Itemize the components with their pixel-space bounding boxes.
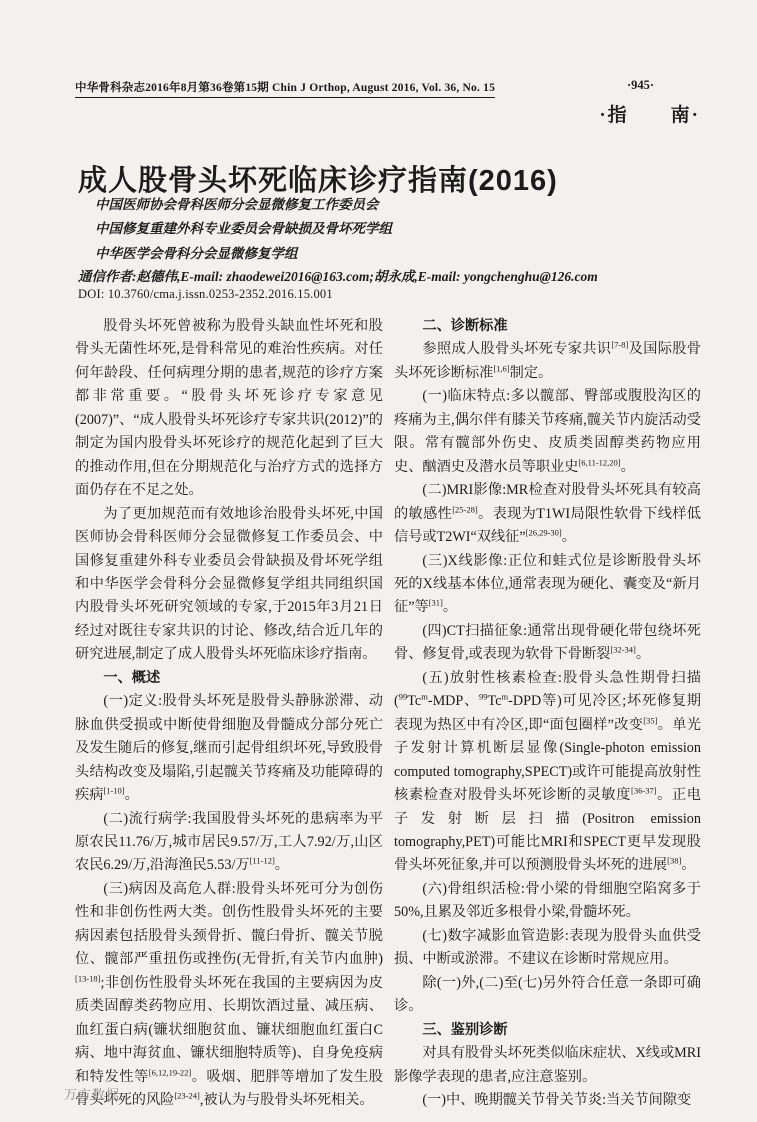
reference-superscript: [35] <box>643 715 657 725</box>
paragraph: (三)病因及高危人群:股骨头坏死可分为创伤性和非创伤性两大类。创伤性股骨头坏死的… <box>75 878 383 1113</box>
paragraph: (一)中、晚期髋关节骨关节炎:当关节间隙变 <box>394 1089 701 1112</box>
reference-superscript: [13-18] <box>75 973 101 983</box>
reference-superscript: [7-8] <box>611 340 628 350</box>
page-number: ·945· <box>627 78 654 93</box>
section-label-guideline: ·指 南· <box>599 100 700 127</box>
reference-superscript: [36-37] <box>631 785 657 795</box>
reference-superscript: m <box>502 692 509 702</box>
reference-superscript: [11-12] <box>250 856 275 866</box>
reference-superscript: [25-28] <box>452 504 478 514</box>
reference-superscript: [1-10] <box>103 785 124 795</box>
reference-superscript: 99 <box>479 692 488 702</box>
paragraph: (七)数字减影血管造影:表现为股骨头血供受损、中断或淤滞。不建议在诊断时常规应用… <box>394 925 701 972</box>
reference-superscript: [6,11-12,20] <box>578 457 620 467</box>
watermark-wanfang: 万方数据 <box>64 1084 120 1103</box>
paragraph: 除(一)外,(二)至(七)另外符合任意一条即可确诊。 <box>394 972 701 1019</box>
reference-superscript: [23-24] <box>174 1090 200 1100</box>
affiliation-line: 中国医师协会骨科医师分会显微修复工作委员会 <box>95 193 392 217</box>
paragraph: 参照成人股骨头坏死专家共识[7-8]及国际股骨头坏死诊断标准[1,6]制定。 <box>394 338 701 385</box>
reference-superscript: [1,6] <box>493 363 509 373</box>
paragraph: (三)X线影像:正位和蛙式位是诊断股骨头坏死的X线基本体位,通常表现为硬化、囊变… <box>394 550 701 620</box>
paragraph: (二)MRI影像:MR检查对股骨头坏死具有较高的敏感性[25-28]。表现为T1… <box>394 479 701 549</box>
paragraph: (四)CT扫描征象:通常出现骨硬化带包绕坏死骨、修复骨,或表现为软骨下骨断裂[3… <box>394 620 701 667</box>
reference-superscript: m <box>421 692 428 702</box>
affiliation-line: 中国修复重建外科专业委员会骨缺损及骨坏死学组 <box>95 217 392 241</box>
paragraph: (一)定义:股骨头坏死是股骨头静脉淤滞、动脉血供受损或中断使骨细胞及骨髓成分部分… <box>75 690 383 807</box>
reference-superscript: [31] <box>429 598 443 608</box>
reference-superscript: 99 <box>399 692 408 702</box>
correspondence-line: 通信作者:赵德伟,E-mail: zhaodewei2016@163.com;胡… <box>78 265 598 285</box>
reference-superscript: [38] <box>667 856 681 866</box>
paragraph: 为了更加规范而有效地诊治股骨头坏死,中国医师协会骨科医师分会显微修复工作委员会、… <box>75 503 383 667</box>
paragraph: (一)临床特点:多以髋部、臀部或腹股沟区的疼痛为主,偶尔伴有膝关节疼痛,髋关节内… <box>394 385 701 479</box>
affiliation-line: 中华医学会骨科分会显微修复学组 <box>95 242 392 266</box>
paragraph: 对具有股骨头坏死类似临床症状、X线或MRI影像学表现的患者,应注意鉴别。 <box>394 1042 701 1089</box>
section-heading: 一、概述 <box>75 667 383 690</box>
reference-superscript: [6,12,19-22] <box>149 1067 192 1077</box>
paragraph: (六)骨组织活检:骨小梁的骨细胞空陷窝多于50%,且累及邻近多根骨小梁,骨髓坏死… <box>394 878 701 925</box>
section-heading: 二、诊断标准 <box>394 315 701 338</box>
affiliations-block: 中国医师协会骨科医师分会显微修复工作委员会 中国修复重建外科专业委员会骨缺损及骨… <box>95 193 392 266</box>
paragraph: (五)放射性核素检查:股骨头急性期骨扫描(99Tcm-MDP、99Tcm-DPD… <box>394 667 701 878</box>
journal-citation-header: 中华骨科杂志2016年8月第36卷第15期 Chin J Orthop, Aug… <box>75 79 495 98</box>
reference-superscript: [26,29-30] <box>526 527 562 537</box>
paragraph: (二)流行病学:我国股骨头坏死的患病率为平原农民11.76/万,城市居民9.57… <box>75 808 383 878</box>
doi-line: DOI: 10.3760/cma.j.issn.0253-2352.2016.1… <box>78 287 333 302</box>
body-column-right: 二、诊断标准参照成人股骨头坏死专家共识[7-8]及国际股骨头坏死诊断标准[1,6… <box>394 315 701 1112</box>
section-heading: 三、鉴别诊断 <box>394 1019 701 1042</box>
reference-superscript: [32-34] <box>610 645 636 655</box>
body-column-left: 股骨头坏死曾被称为股骨头缺血性坏死和股骨头无菌性坏死,是骨科常见的难治性疾病。对… <box>75 315 383 1112</box>
paragraph: 股骨头坏死曾被称为股骨头缺血性坏死和股骨头无菌性坏死,是骨科常见的难治性疾病。对… <box>75 315 383 503</box>
journal-page: 中华骨科杂志2016年8月第36卷第15期 Chin J Orthop, Aug… <box>0 0 757 1122</box>
